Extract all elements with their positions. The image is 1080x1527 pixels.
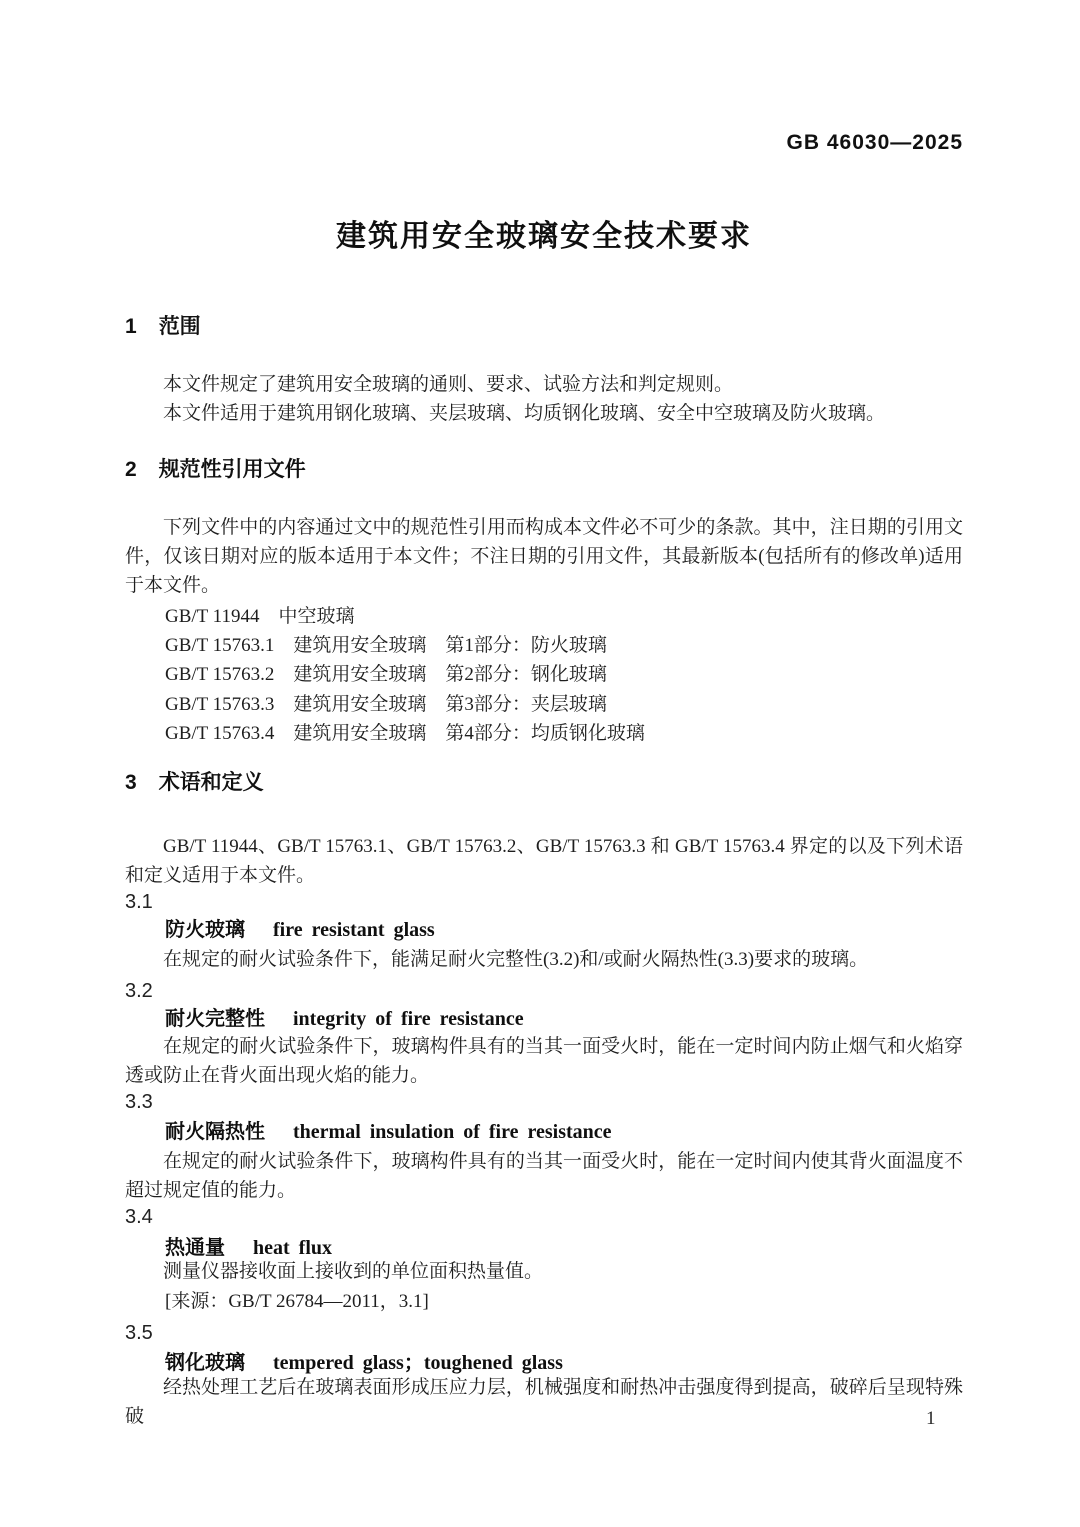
section-heading-terms: 3术语和定义	[125, 770, 963, 796]
clause-number: 3.5	[125, 1320, 153, 1346]
paragraph: GB/T 11944、GB/T 15763.1、GB/T 15763.2、GB/…	[125, 832, 963, 890]
paragraph: 本文件规定了建筑用安全玻璃的通则、要求、试验方法和判定规则。	[125, 370, 963, 399]
term-definition: 在规定的耐火试验条件下，能满足耐火完整性(3.2)和/或耐火隔热性(3.3)要求…	[125, 945, 963, 974]
standard-number: GB 46030—2025	[787, 130, 963, 156]
term-chinese: 热通量	[165, 1237, 225, 1259]
section-heading-normative-references: 2规范性引用文件	[125, 457, 963, 483]
term-english: thermal insulation of fire resistance	[293, 1121, 612, 1143]
term-english: heat flux	[253, 1237, 332, 1259]
term-source: [来源：GB/T 26784—2011，3.1]	[165, 1287, 429, 1316]
term-chinese: 耐火完整性	[165, 1008, 265, 1030]
clause-number: 3.2	[125, 978, 153, 1004]
clause-number: 3.3	[125, 1089, 153, 1115]
reference-item: GB/T 15763.4 建筑用安全玻璃 第4部分：均质钢化玻璃	[165, 719, 963, 748]
clause-number: 3.1	[125, 889, 153, 915]
term-definition: 在规定的耐火试验条件下，玻璃构件具有的当其一面受火时，能在一定时间内使其背火面温…	[125, 1147, 963, 1205]
page-number: 1	[926, 1404, 936, 1433]
paragraph: 本文件适用于建筑用钢化玻璃、夹层玻璃、均质钢化玻璃、安全中空玻璃及防火玻璃。	[125, 399, 963, 428]
term-definition: 经热处理工艺后在玻璃表面形成压应力层，机械强度和耐热冲击强度得到提高，破碎后呈现…	[125, 1373, 963, 1431]
section-number: 2	[125, 457, 137, 483]
section-heading-scope: 1范围	[125, 314, 963, 340]
term-english: fire resistant glass	[273, 919, 435, 941]
term-line: 耐火隔热性thermal insulation of fire resistan…	[165, 1119, 963, 1147]
reference-item: GB/T 15763.3 建筑用安全玻璃 第3部分：夹层玻璃	[165, 690, 963, 719]
reference-list: GB/T 11944 中空玻璃 GB/T 15763.1 建筑用安全玻璃 第1部…	[165, 602, 963, 748]
document-page: GB 46030—2025 建筑用安全玻璃安全技术要求 1范围 本文件规定了建筑…	[0, 0, 1080, 1527]
section-title: 术语和定义	[159, 771, 264, 794]
reference-item: GB/T 11944 中空玻璃	[165, 602, 963, 631]
reference-item: GB/T 15763.1 建筑用安全玻璃 第1部分：防火玻璃	[165, 631, 963, 660]
term-chinese: 防火玻璃	[165, 919, 245, 941]
paragraph: 下列文件中的内容通过文中的规范性引用而构成本文件必不可少的条款。其中，注日期的引…	[125, 513, 963, 600]
term-chinese: 耐火隔热性	[165, 1121, 265, 1143]
section-number: 3	[125, 770, 137, 796]
term-definition: 在规定的耐火试验条件下，玻璃构件具有的当其一面受火时，能在一定时间内防止烟气和火…	[125, 1032, 963, 1090]
term-line: 防火玻璃fire resistant glass	[165, 917, 963, 945]
section-number: 1	[125, 314, 137, 340]
clause-number: 3.4	[125, 1204, 153, 1230]
term-line: 耐火完整性integrity of fire resistance	[165, 1006, 963, 1034]
term-definition: 测量仪器接收面上接收到的单位面积热量值。	[125, 1257, 963, 1286]
term-chinese: 钢化玻璃	[165, 1352, 245, 1374]
term-english: integrity of fire resistance	[293, 1008, 524, 1030]
section-title: 规范性引用文件	[159, 458, 306, 481]
term-english: tempered glass；toughened glass	[273, 1352, 563, 1374]
document-title: 建筑用安全玻璃安全技术要求	[125, 219, 963, 255]
reference-item: GB/T 15763.2 建筑用安全玻璃 第2部分：钢化玻璃	[165, 660, 963, 689]
section-title: 范围	[159, 315, 201, 338]
